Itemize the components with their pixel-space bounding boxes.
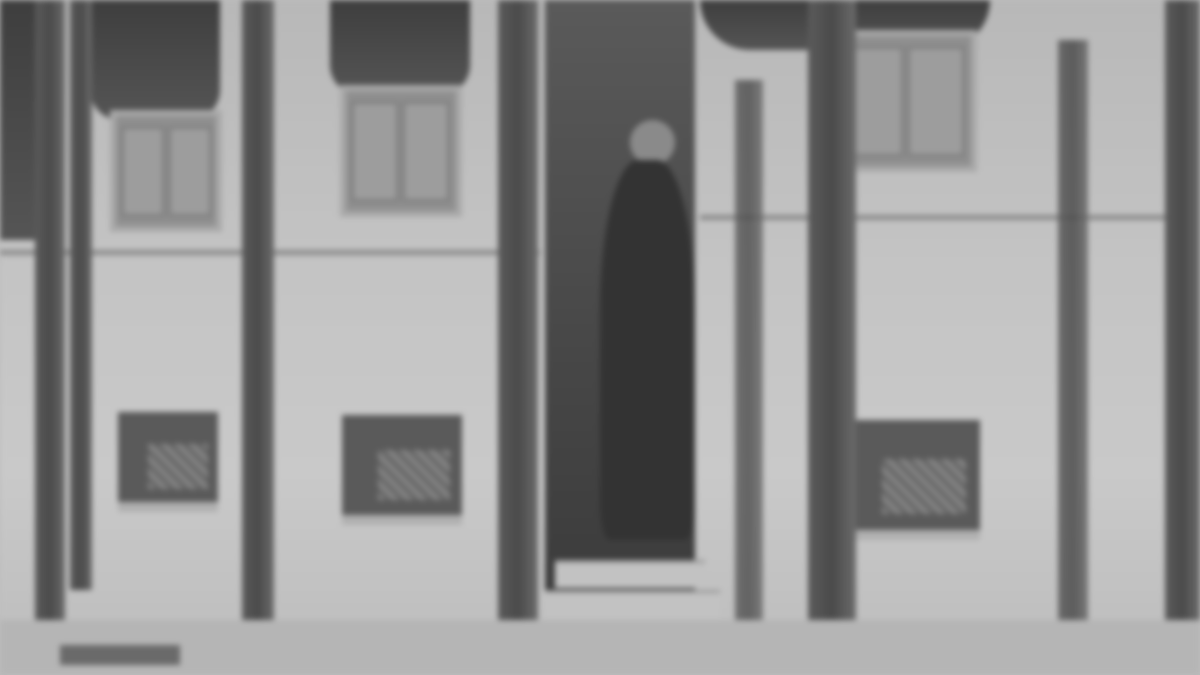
upper-window-center bbox=[340, 85, 462, 217]
lower-window-right bbox=[840, 420, 980, 540]
pillar-8 bbox=[1165, 0, 1200, 675]
pillar-4 bbox=[498, 0, 538, 675]
doorway-step-2 bbox=[545, 590, 720, 623]
pillar-3 bbox=[242, 0, 274, 655]
street bbox=[0, 620, 1200, 675]
pillar-1 bbox=[35, 0, 65, 635]
awning-upper-left bbox=[90, 0, 220, 120]
photo-scene: Blurry black-and-white photograph of a b… bbox=[0, 0, 1200, 675]
awning-upper-center bbox=[330, 0, 470, 95]
pillar-2 bbox=[70, 0, 92, 590]
pillar-5 bbox=[735, 80, 763, 650]
lower-window-center bbox=[342, 415, 462, 525]
upper-window-right bbox=[835, 30, 977, 172]
pillar-6 bbox=[808, 0, 856, 675]
figure-head bbox=[630, 120, 675, 165]
awning-left bbox=[0, 0, 40, 240]
standing-figure bbox=[600, 160, 695, 540]
doorway-step-1 bbox=[555, 560, 705, 588]
upper-window-left bbox=[110, 110, 222, 232]
facade-ledge-right bbox=[700, 215, 1200, 220]
pillar-7 bbox=[1058, 40, 1088, 675]
street-slab bbox=[60, 645, 180, 665]
lower-window-left bbox=[118, 412, 218, 512]
